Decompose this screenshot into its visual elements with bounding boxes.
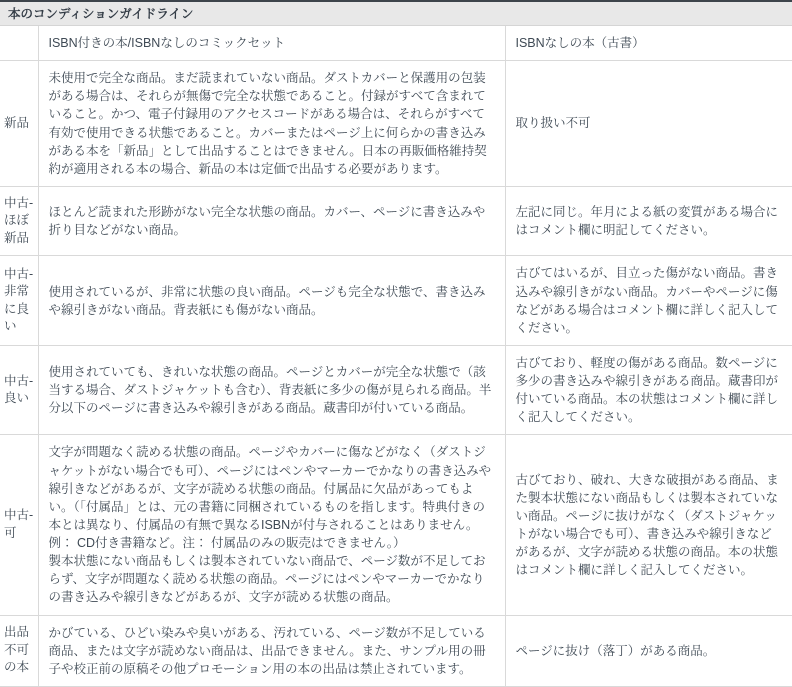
page-title: 本のコンディションガイドライン <box>0 2 792 26</box>
guideline-isbn-cell: 未使用で完全な商品。まだ読まれていない商品。ダストカバーと保護用の包装がある場合… <box>38 61 505 187</box>
table-row-good: 中古-良い 使用されていても、きれいな状態の商品。ページとカバーが完全な状態で（… <box>0 345 792 435</box>
condition-label: 中古-非常に良い <box>0 256 38 346</box>
condition-label: 新品 <box>0 61 38 187</box>
guideline-isbn-cell: かびている、ひどい染みや臭いがある、汚れている、ページ数が不足している商品、また… <box>38 615 505 686</box>
condition-label: 出品不可の本 <box>0 615 38 686</box>
condition-label: 中古-良い <box>0 345 38 435</box>
table-row-very-good: 中古-非常に良い 使用されているが、非常に状態の良い商品。ページも完全な状態で、… <box>0 256 792 346</box>
guideline-isbn-cell: 文字が問題なく読める状態の商品。ページやカバーに傷などがなく（ダストジャケットが… <box>38 435 505 615</box>
table-row-acceptable: 中古-可 文字が問題なく読める状態の商品。ページやカバーに傷などがなく（ダストジ… <box>0 435 792 615</box>
condition-table: ISBN付きの本/ISBNなしのコミックセット ISBNなしの本（古書） 新品 … <box>0 26 792 687</box>
column-header-isbn-books: ISBN付きの本/ISBNなしのコミックセット <box>38 26 505 61</box>
condition-label: 中古-可 <box>0 435 38 615</box>
condition-label: 中古-ほぼ新品 <box>0 186 38 256</box>
guideline-kosho-cell: ページに抜け（落丁）がある商品。 <box>505 615 792 686</box>
guideline-kosho-cell: 古びてはいるが、目立った傷がない商品。書き込みや線引きがない商品。カバーやページ… <box>505 256 792 346</box>
table-row-unsellable: 出品不可の本 かびている、ひどい染みや臭いがある、汚れている、ページ数が不足して… <box>0 615 792 686</box>
table-row-like-new: 中古-ほぼ新品 ほとんど読まれた形跡がない完全な状態の商品。カバー、ページに書き… <box>0 186 792 256</box>
condition-guideline-panel: 本のコンディションガイドライン ISBN付きの本/ISBNなしのコミックセット … <box>0 0 792 687</box>
guideline-kosho-cell: 古びており、破れ、大きな破損がある商品、また製本状態にない商品もしくは製本されて… <box>505 435 792 615</box>
guideline-isbn-cell: 使用されていても、きれいな状態の商品。ページとカバーが完全な状態で（該当する場合… <box>38 345 505 435</box>
table-row-new: 新品 未使用で完全な商品。まだ読まれていない商品。ダストカバーと保護用の包装があ… <box>0 61 792 187</box>
column-header-kosho-books: ISBNなしの本（古書） <box>505 26 792 61</box>
table-header-row: ISBN付きの本/ISBNなしのコミックセット ISBNなしの本（古書） <box>0 26 792 61</box>
guideline-isbn-cell: ほとんど読まれた形跡がない完全な状態の商品。カバー、ページに書き込みや折り目など… <box>38 186 505 256</box>
guideline-isbn-cell: 使用されているが、非常に状態の良い商品。ページも完全な状態で、書き込みや線引きが… <box>38 256 505 346</box>
guideline-kosho-cell: 取り扱い不可 <box>505 61 792 187</box>
guideline-kosho-cell: 古びており、軽度の傷がある商品。数ページに多少の書き込みや線引きがある商品。蔵書… <box>505 345 792 435</box>
column-header-empty <box>0 26 38 61</box>
guideline-kosho-cell: 左記に同じ。年月による紙の変質がある場合にはコメント欄に明記してください。 <box>505 186 792 256</box>
